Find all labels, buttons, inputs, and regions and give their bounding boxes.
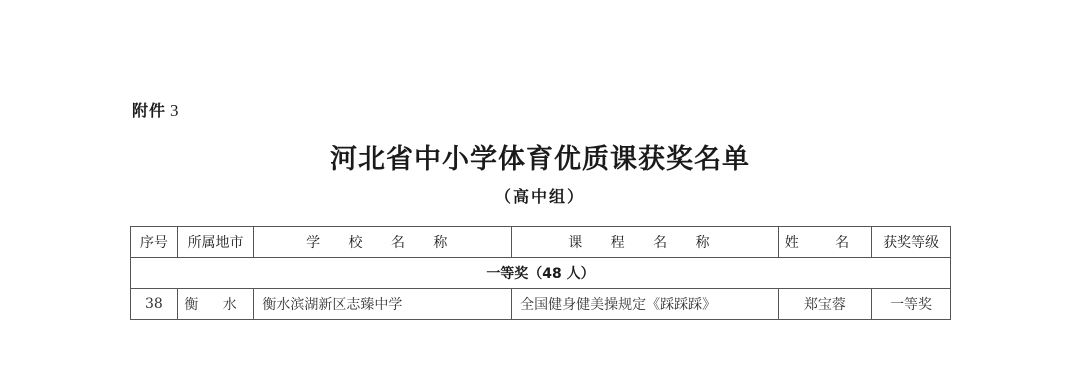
header-school: 学 校 名 称 [254,227,512,258]
header-index: 序号 [131,227,178,258]
cell-award: 一等奖 [872,289,951,320]
cell-course: 全国健身健美操规定《踩踩踩》 [512,289,779,320]
attachment-number: 3 [170,101,180,120]
cell-index: 38 [131,289,178,320]
cell-name: 郑宝蓉 [778,289,871,320]
header-course: 课 程 名 称 [512,227,779,258]
header-award: 获奖等级 [872,227,951,258]
section-row: 一等奖（48 人） [131,258,951,289]
table-row: 38 衡 水 衡水滨湖新区志臻中学 全国健身健美操规定《踩踩踩》 郑宝蓉 一等奖 [131,289,951,320]
header-name: 姓 名 [778,227,871,258]
section-label: 一等奖（48 人） [131,258,951,289]
document-subtitle: （高中组） [0,184,1080,207]
attachment-text: 附件 [132,101,166,120]
header-city: 所属地市 [177,227,254,258]
cell-school: 衡水滨湖新区志臻中学 [254,289,512,320]
cell-city: 衡 水 [177,289,254,320]
document-title: 河北省中小学体育优质课获奖名单 [0,137,1080,176]
attachment-label: 附件3 [132,98,180,121]
award-table: 序号 所属地市 学 校 名 称 课 程 名 称 姓 名 获奖等级 一等奖（48 … [130,226,951,320]
table-header-row: 序号 所属地市 学 校 名 称 课 程 名 称 姓 名 获奖等级 [131,227,951,258]
